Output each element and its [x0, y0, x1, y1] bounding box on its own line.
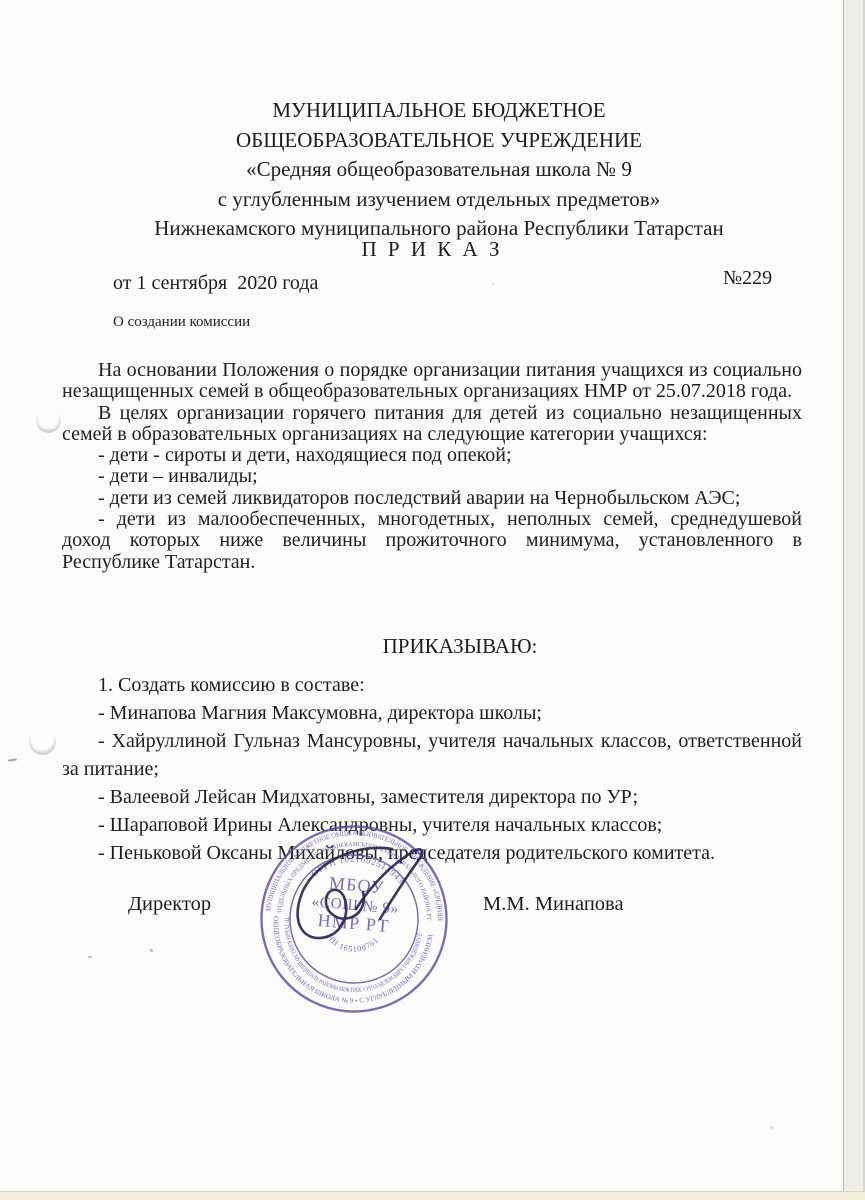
text-line: незащищенных семей в общеобразовательных…	[62, 381, 802, 402]
text-line: - дети – инвалиды;	[62, 466, 802, 487]
pencil-scan-mark	[8, 758, 17, 761]
header-line: МУНИЦИПАЛЬНОЕ БЮДЖЕТНОЕ	[76, 96, 802, 126]
text-line: за питание;	[62, 755, 802, 783]
text-paragraph: - дети из семей ликвидаторов последствий…	[62, 488, 802, 509]
text-line: Республике Татарстан.	[62, 552, 802, 573]
scan-speck	[150, 949, 153, 952]
scan-bottom-strip	[0, 1191, 865, 1200]
header-line: «Средняя общеобразовательная школа № 9	[76, 155, 802, 185]
hole-punch-mark	[36, 408, 61, 433]
order-title: П Р И К А З	[62, 237, 802, 262]
text-paragraph: - дети из малообеспеченных, многодетных,…	[62, 509, 802, 573]
text-paragraph: - дети – инвалиды;	[62, 466, 802, 487]
resolution-heading: ПРИКАЗЫВАЮ:	[62, 634, 802, 659]
text-line: доход которых ниже величины прожиточного…	[62, 530, 802, 551]
text-line: - дети из семей ликвидаторов последствий…	[62, 488, 802, 509]
scan-speck	[88, 956, 92, 958]
hole-punch-mark	[29, 728, 56, 755]
header-line: с углубленным изучением отдельных предме…	[76, 185, 802, 215]
text-line: - дети из малообеспеченных, многодетных,…	[62, 509, 802, 530]
text-paragraph: - Хайруллиной Гульназ Мансуровны, учител…	[62, 727, 802, 783]
text-line: - дети - сироты и дети, находящиеся под …	[62, 445, 802, 466]
text-paragraph: - Минапова Магния Максумовна, директора …	[62, 699, 802, 727]
text-paragraph: В целях организации горячего питания для…	[62, 403, 802, 446]
signer-role: Директор	[128, 893, 211, 916]
text-paragraph: На основании Положения о порядке организ…	[62, 360, 802, 403]
text-paragraph: - дети - сироты и дети, находящиеся под …	[62, 445, 802, 466]
text-paragraph: 1. Создать комиссию в составе:	[62, 671, 802, 699]
order-subject: О создании комиссии	[113, 314, 250, 331]
stamp-center-line: МБОУ	[328, 873, 385, 898]
text-line: - Минапова Магния Максумовна, директора …	[62, 699, 802, 727]
order-body: На основании Положения о порядке организ…	[62, 360, 802, 573]
header-line: ОБЩЕОБРАЗОВАТЕЛЬНОЕ УЧРЕЖДЕНИЕ	[76, 126, 802, 156]
order-date: от 1 сентября 2020 года	[113, 272, 318, 295]
text-line: 1. Создать комиссию в составе:	[62, 671, 802, 699]
scan-speck	[770, 1126, 773, 1129]
scanned-order-page: МУНИЦИПАЛЬНОЕ БЮДЖЕТНОЕ ОБЩЕОБРАЗОВАТЕЛЬ…	[0, 0, 865, 1200]
stamp-ink: МУНИЦИПАЛЬНОЕ БЮДЖЕТНОЕ ОБЩЕОБРАЗОВАТЕЛЬ…	[242, 807, 457, 1019]
order-number: №229	[723, 267, 772, 290]
text-line: На основании Положения о порядке организ…	[62, 360, 802, 381]
signer-name: М.М. Минапова	[483, 893, 624, 916]
text-line: В целях организации горячего питания для…	[62, 403, 802, 424]
text-line: семей в образовательных организациях на …	[62, 424, 802, 445]
round-school-stamp: МУНИЦИПАЛЬНОЕ БЮДЖЕТНОЕ ОБЩЕОБРАЗОВАТЕЛЬ…	[242, 807, 466, 1031]
scan-edge-strip	[843, 0, 865, 1200]
scan-speck	[492, 283, 494, 285]
document-header: МУНИЦИПАЛЬНОЕ БЮДЖЕТНОЕ ОБЩЕОБРАЗОВАТЕЛЬ…	[62, 96, 802, 244]
text-line: - Хайруллиной Гульназ Мансуровны, учител…	[62, 727, 802, 755]
